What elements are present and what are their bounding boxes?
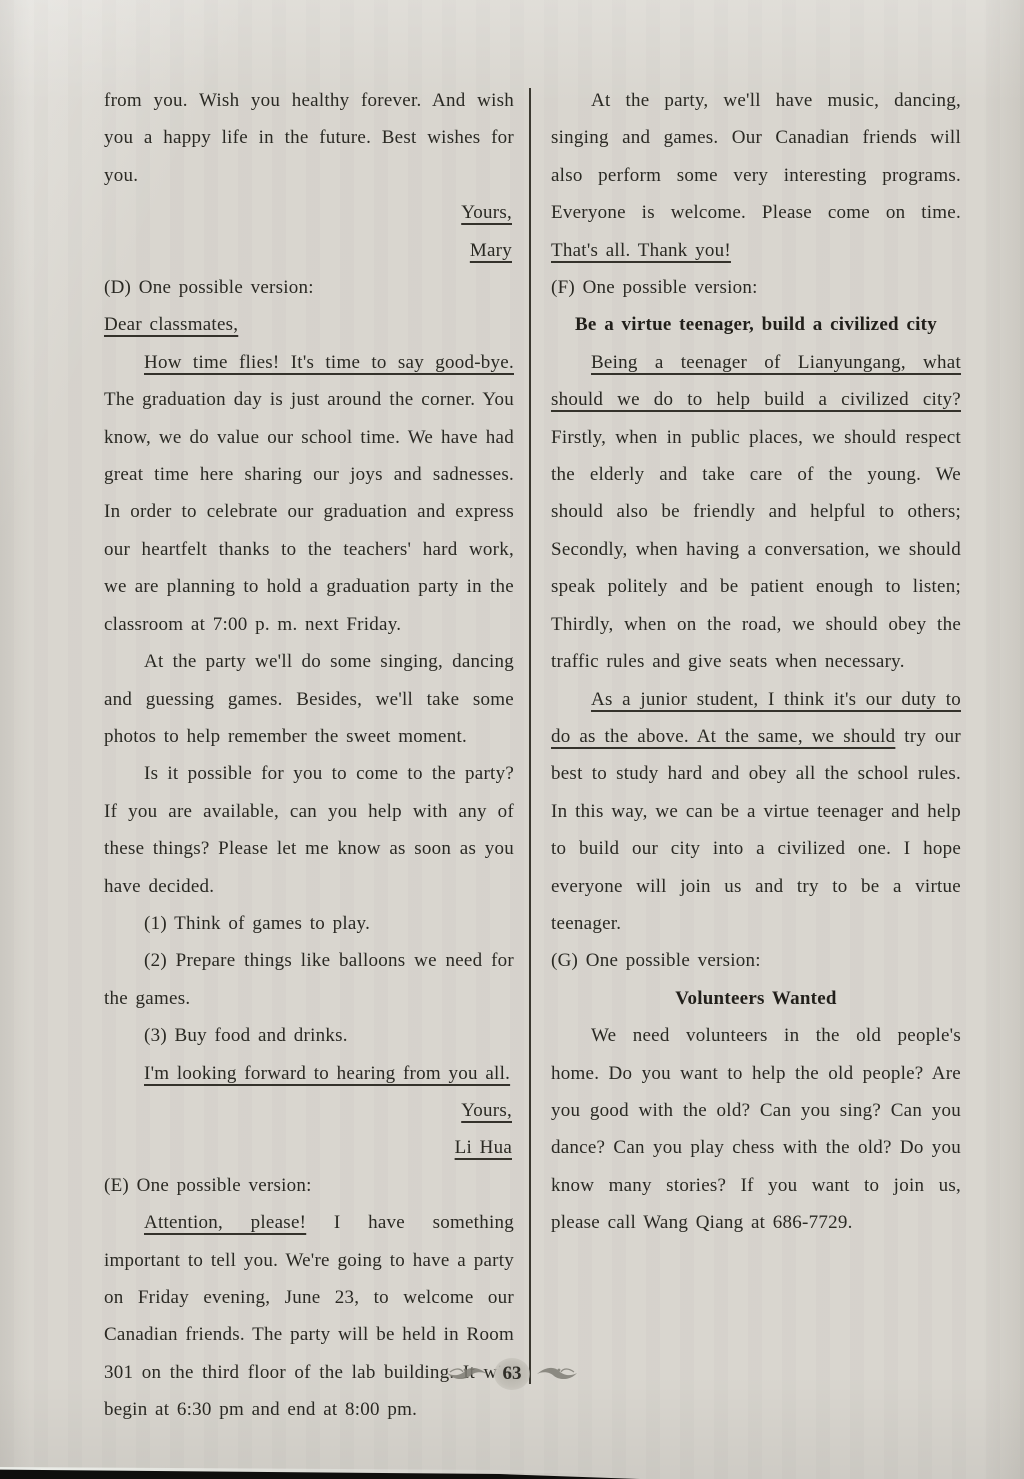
text-run: Volunteers Wanted (675, 988, 837, 1009)
paragraph: Is it possible for you to come to the pa… (104, 755, 514, 905)
text-run: (3) Buy food and drinks. (144, 1025, 348, 1046)
text-run: Is it possible for you to come to the pa… (104, 763, 514, 896)
section-label: Dear classmates, (104, 306, 514, 343)
paragraph: (1) Think of games to play. (104, 905, 514, 942)
paragraph: from you. Wish you healthy forever. And … (104, 82, 514, 194)
section-label: (D) One possible version: (104, 269, 514, 306)
section-label: (G) One possible version: (551, 942, 961, 979)
text-run: We need volunteers in the old people's h… (551, 1025, 961, 1233)
signature-line: Yours, (104, 1092, 514, 1129)
text-run: (F) One possible version: (551, 277, 758, 298)
underlined-text: Mary (470, 240, 512, 261)
page-number: 63 (494, 1358, 530, 1390)
paragraph: Attention, please! I have something impo… (104, 1204, 514, 1428)
signature-line: Li Hua (104, 1129, 514, 1166)
text-run: (2) Prepare things like balloons we need… (104, 950, 514, 1008)
paragraph: (3) Buy food and drinks. (104, 1017, 514, 1054)
text-run: At the party we'll do some singing, danc… (104, 651, 514, 747)
left-column: from you. Wish you healthy forever. And … (104, 82, 514, 1429)
paragraph: Being a teenager of Lianyungang, what sh… (551, 344, 961, 681)
signature-line: Mary (104, 232, 514, 269)
section-label: (F) One possible version: (551, 269, 961, 306)
column-divider (529, 88, 531, 1384)
text-run: try our best to study hard and obey all … (551, 726, 961, 934)
underlined-text: How time flies! It's time to say good-by… (144, 352, 514, 373)
underlined-text: Yours, (461, 202, 512, 223)
text-run: At the party, we'll have music, dancing,… (551, 90, 961, 223)
text-run: (E) One possible version: (104, 1175, 312, 1196)
text-run: (G) One possible version: (551, 950, 761, 971)
underlined-text: I'm looking forward to hearing from you … (144, 1063, 510, 1084)
text-run: Firstly, when in public places, we shoul… (551, 427, 961, 672)
text-run: (D) One possible version: (104, 277, 314, 298)
flourish-right-icon (535, 1364, 579, 1384)
essay-title: Be a virtue teenager, build a civilized … (551, 306, 961, 343)
text-run: from you. Wish you healthy forever. And … (104, 90, 514, 186)
page-footer: 63 (0, 1358, 1024, 1390)
paragraph: How time flies! It's time to say good-by… (104, 344, 514, 643)
text-run: (1) Think of games to play. (144, 913, 370, 934)
right-column: At the party, we'll have music, dancing,… (551, 82, 961, 1242)
underlined-text: Li Hua (455, 1137, 512, 1158)
paragraph: At the party, we'll have music, dancing,… (551, 82, 961, 269)
paragraph: At the party we'll do some singing, danc… (104, 643, 514, 755)
paragraph: (2) Prepare things like balloons we need… (104, 942, 514, 1017)
underlined-text: Being a teenager of Lianyungang, what sh… (551, 352, 961, 410)
signature-line: Yours, (104, 194, 514, 231)
paragraph: We need volunteers in the old people's h… (551, 1017, 961, 1241)
flourish-left-icon (445, 1364, 489, 1384)
underlined-text: Dear classmates, (104, 314, 238, 335)
text-run: The graduation day is just around the co… (104, 389, 514, 634)
text-run: Be a virtue teenager, build a civilized … (575, 314, 937, 335)
essay-title: Volunteers Wanted (551, 980, 961, 1017)
paragraph: As a junior student, I think it's our du… (551, 681, 961, 943)
underlined-text: Attention, please! (144, 1212, 306, 1233)
underlined-text: That's all. Thank you! (551, 240, 731, 261)
section-label: (E) One possible version: (104, 1167, 514, 1204)
underlined-text: Yours, (461, 1100, 512, 1121)
paragraph: I'm looking forward to hearing from you … (104, 1055, 514, 1092)
